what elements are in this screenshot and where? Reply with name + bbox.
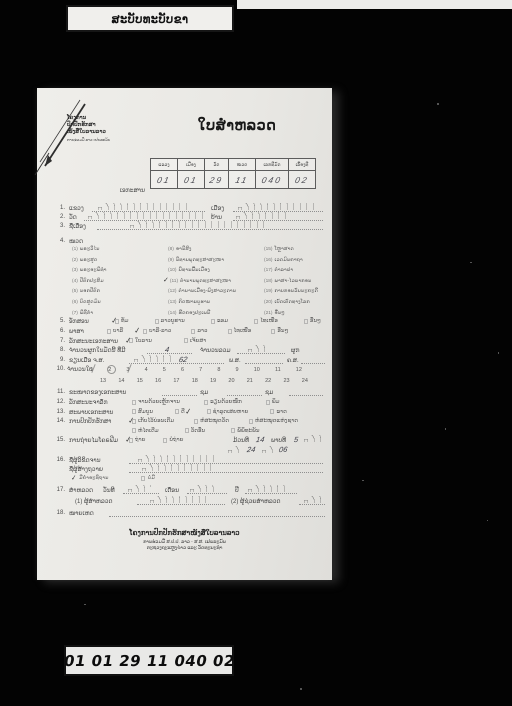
handwriting-scribble [227,446,243,453]
category-item: ✓ (11) ຕຳນານພຸດທະສາສະໜາ [163,278,236,285]
category-checkmark: ✓ [163,278,169,284]
checkbox-icon [204,400,208,405]
checkbox-icon [143,329,147,334]
dust-speck [498,352,499,354]
handwritten-code: 11 [227,171,257,188]
handwriting-scribble [137,455,219,462]
doc-table-column: ເລື່ອງທີ 02 [289,159,315,188]
category-item: (5) ນອກປິຕົກ [67,288,107,295]
leaf-number: 14 [118,378,124,384]
field-label-survey: ສຳຫລວດ [69,487,93,494]
checkbox-icon [132,409,136,414]
form-item-7: 7. ລັກສະນະເອກະສານ ໃບລານ ເຈ້ຍສາ ✓ [37,338,332,347]
option: ໄທເໜືອ [254,318,278,324]
checkbox-icon [132,428,136,433]
form-item-11: 11. ຂະໜາດຂອງເອກະສານ ຊມ ຊມ [37,389,332,398]
checkbox-icon [185,428,189,433]
checkbox-icon [184,338,188,343]
option: ສົມບູນ [132,409,153,415]
survey-date-label: ວັນທີ [103,487,115,494]
category-item: (16) ເວດມົນຄາຖາ [259,257,318,264]
checkbox-icon [270,409,274,414]
archive-label-text: ສະບັບທະບັບຂາ [112,12,189,26]
archive-label-box: ສະບັບທະບັບຂາ [66,5,234,32]
form-item-17-line2: (1) ຜູ້ສຳຫລວດ (2) ຜູ້ຊ່ວຍສຳຫລວດ [37,498,332,507]
option: ພິພິທະພັນ [231,428,259,434]
logo-line-4: ການຮ່ວມມື ລາວ ເຢຍລະມັນ [67,137,110,144]
category-item: (2) ພຣະສູດ [67,257,107,264]
form-item-13: 13. ສະພາບເອກະສານ ສົມບູນ ດີ [37,409,332,418]
form-item-14: 14. ການປົກປັກຮັກສາ ເກັບໄວ້ບ່ອນເດີມ ຫໍສະໝ… [37,418,332,427]
handwritten-frame-number: 5 [293,435,298,444]
option: ເກັບໄວ້ບ່ອນເດີມ [132,418,174,424]
category-item: (21) ອື່ນໆ [259,310,318,317]
leaf-number: 10 [254,367,260,373]
leaf-number: 5 [163,367,166,373]
handwritten-checkmark: ✓ [133,326,141,336]
footer-cooperation: ການຮ່ວມມື ສ.ປ.ປ. ລາວ - ສ.ສ. ເຢຍລະມັນ [37,540,332,545]
field-label-preservation: ການປົກປັກຮັກສາ [69,418,111,425]
category-item: (20) ເບັດເຕັດທາງໂລກ [259,299,318,306]
field-unit: ຜູກ [291,347,300,354]
category-item: (1) ພຣະວິໄນ [67,246,107,253]
leaf-number: 22 [265,378,271,384]
leaf-number: 16 [155,378,161,384]
checkbox-icon [107,329,111,334]
option: ດີ [175,409,185,415]
leaf-number: 7 [199,367,202,373]
category-item: (3) ພຣະອະພິທຳ [67,267,107,274]
field-label-inscription: ລັກສະນະຈາລຶກ [69,399,108,406]
document-code-text: 01 01 29 11 040 02 [62,652,236,670]
field-label-bs: ພ.ສ. [229,357,241,364]
dust-speck [362,480,364,481]
handwritten-day: 24 [246,444,256,453]
form-item-5: 5. ອັກສອນ ທັມ ລາວບູຮານ [37,318,332,327]
form-item-14-line2: ຫໍໄຕເດີມ ວັດອື່ນ ພິພິທະພັນ [37,428,332,437]
logo-text-block: ໂຄງການ ປົກປັກຮັກສາ ໜັງສືໃບລານລາວ ການຮ່ວມ… [67,115,110,144]
handwriting-scribble [303,435,323,442]
dust-speck [300,688,302,690]
leaf-number: 6 [181,367,184,373]
leaf-number: 20 [228,378,234,384]
preservation-options-1: ເກັບໄວ້ບ່ອນເດີມ ຫໍສະໝຸດວັດ ຫໍສະໝຸດແຫ່ງຊາ… [132,418,298,424]
option: ລາວ [191,328,207,334]
field-label-fascicles: ຈຳນວນຜູກໃນມັດນີ້ ທີ່ມີ [69,347,125,354]
form-item-18: 18. ໝາຍເຫດ [37,510,332,519]
leaf-number-row-2: 131415161718192021222324 [100,378,308,384]
field-label-sponsor: ຊື່ຜູ້ສ້າງຖວາຍ [69,466,103,473]
category-item: (12) ຕຳນານເມືອງ-ພົງສາວະດານ [163,288,236,295]
category-item: (7) ພິທີກຳ [67,310,107,317]
doc-code-table: ແຂວງ 01 ເມືອງ 01 ວັດ 29 ໝວດ 11 ເລກທີມັດ … [150,158,316,189]
handwriting-scribble [237,203,317,210]
checkbox-icon [194,419,198,424]
surveyor-1-label: (1) ຜູ້ສຳຫລວດ [75,498,113,505]
handwritten-month: 06 [278,444,288,453]
survey-sheet: ໂຄງການ ປົກປັກຮັກສາ ໜັງສືໃບລານລາວ ການຮ່ວມ… [37,88,332,580]
handwriting-scribble [235,212,290,219]
leaf-number: 18 [192,378,198,384]
microfilm-options: ຖ່າຍ ບໍ່ຖ່າຍ [129,437,183,443]
option: ລາວບູຮານ [155,318,185,324]
option: ຫໍໄຕເດີມ [132,428,159,434]
dust-speck [470,262,472,263]
handwriting-scribble [261,446,275,453]
handwritten-checkmark: ✓ [127,416,135,426]
script-options: ທັມ ລາວບູຮານ ຂອມ ໄທເໜືອ [115,318,321,324]
colophon-yes-label: ມີຄຳອະທິຖານ [79,475,109,481]
inscription-options: ຈານດ້ວຍເຫຼັກຈານ ຂຽນດ້ວຍໝຶກ ພິມ [132,399,280,405]
checkbox-icon [211,319,215,324]
handwriting-scribble [303,496,321,503]
leaf-number: 15 [137,378,143,384]
option: ບາລີ [107,328,123,334]
form-title: ໃບສໍາຫລວດ [155,118,319,134]
unit-cm-2: ຊມ [265,389,273,396]
option: ຫໍສະໝຸດວັດ [194,418,229,424]
field-label-temple: ວັດ [69,214,77,221]
colophon-no-label: ບໍ່ມີ [148,475,155,481]
handwritten-roll-number: 14 [255,435,265,444]
category-item: (9) ນິທານພຸດທະສາສະໜາ [163,257,236,264]
option: ບໍ່ຖ່າຍ [163,437,183,443]
field-label-language: ພາສາ [69,328,84,335]
option: ບາລີ-ລາວ [143,328,171,334]
form-item-16-line3: ✓ ມີຄຳອະທິຖານ ບໍ່ມີ [37,475,332,484]
checkbox-icon [207,409,211,414]
leaf-number: 13 [100,378,106,384]
dust-speck [437,103,439,105]
option: ຂຽນດ້ວຍໝຶກ [204,399,242,405]
handwritten-code: 040 [254,171,290,188]
handwritten-code: 01 [149,171,179,188]
checkbox-icon [304,319,308,324]
dust-speck [84,604,86,605]
handwritten-checkmark: ✓ [184,406,192,416]
option: ໃບລານ [129,338,152,344]
checkbox-icon [231,428,235,433]
handwritten-code: 29 [203,171,230,188]
form-item-9: 9. ຂຽນເມື່ອ ຈ.ສ. 62 ພ.ສ. ຄ.ສ. [37,357,332,366]
logo-line-1: ໂຄງການ [67,115,110,122]
survey-month-label: ເດືອນ [165,487,179,494]
doc-table-column: ເລກທີມັດ 040 [256,159,289,188]
handwritten-checkmark: ✓ [124,435,132,445]
category-item: (15) ໂຫຼາສາດ [259,246,318,253]
category-item: (17) ຕຳລາຢາ [259,267,318,274]
option: ພິມ [266,399,280,405]
category-item: (18) ພາສາ-ໄວຍາກອນ [259,278,318,285]
field-label-province: ແຂວງ [69,205,84,212]
category-item: (10) ນິທານພື້ນເມືອງ [163,267,236,274]
field-label-category: ໝວດ [69,238,83,245]
leaf-number: 9 [236,367,239,373]
doc-table-column: ໝວດ 11 [229,159,256,188]
leaf-number: 24 [302,378,308,384]
checkbox-icon [191,329,195,334]
checkbox-icon [175,409,179,414]
category-item: (19) ກາບກອນວັນນະຄະດີ [259,288,318,295]
frame-label: ພາບທີ [271,437,286,444]
leaf-number: 8 [217,367,220,373]
category-item: (14) ຮີດຄອງປະເພນີ [163,310,236,317]
leaf-number: 19 [210,378,216,384]
leaf-number: 11 [275,367,281,373]
handwritten-year: 62 [178,355,188,364]
field-label-remarks: ໝາຍເຫດ [69,510,94,517]
leaf-number: 12 [296,367,302,373]
checkbox-icon [249,419,253,424]
doc-table-column: ແຂວງ 01 [151,159,178,188]
checkbox-icon [254,319,258,324]
category-item: (13) ກົດໝາຍບູຮານ [163,299,236,306]
handwritten-checkmark: ✓ [124,335,132,345]
option: ໄທເໜືອ [228,328,252,334]
checkbox-icon [132,400,136,405]
leaf-number: 23 [283,378,289,384]
logo-line-3: ໜັງສືໃບລານລາວ [67,129,110,136]
option: ຊຳລຸດເສຍຫາຍ [207,409,249,415]
survey-year-label: ປີ [235,487,239,494]
option: ຫໍສະໝຸດແຫ່ງຊາດ [249,418,298,424]
checkbox-icon [271,329,275,334]
category-item: (8) ອານິສົງ [163,246,236,253]
option: ຂາດ [270,409,287,415]
category-column-3: (15) ໂຫຼາສາດ (16) ເວດມົນຄາຖາ (17) ຕຳລາຢາ [259,246,318,317]
option: ຂອມ [211,318,228,324]
handwriting-scribble [133,355,171,362]
category-item: (4) ປິຕົກປະສົມ [67,278,107,285]
microfilm-frame: ສະບັບທະບັບຂາ ໂຄງການ ປົກປັກຮັກສາ ໜັງສືໃບລ… [0,0,512,706]
option: ເຈ້ຍສາ [184,338,206,344]
field-label-text-title: ຊື່ເລື່ອງ [69,223,86,230]
field-label-condition: ສະພາບເອກະສານ [69,409,113,416]
handwriting-scribble [97,203,192,210]
checkbox-icon [228,329,232,334]
option: ຈານດ້ວຍເຫຼັກຈານ [132,399,180,405]
leaf-number: 17 [173,378,179,384]
handwritten-checkmark: ✓ [110,316,118,326]
handwritten-code: 01 [176,171,206,188]
roll-label: ມ້ວນທີ [233,437,249,444]
form-item-17: 17. ສຳຫລວດ ວັນທີ ເດືອນ ປີ [37,487,332,496]
category-item: (6) ບົດສູດມົນ [67,299,107,306]
field-label-microfilm: ການຖ່າຍໄມໂຄຣຟີມ [69,437,118,444]
dust-speck [445,428,446,430]
handwriting-scribble [247,345,269,352]
form-item-16-line2: ຊື່ຜູ້ສ້າງຖວາຍ [37,466,332,475]
logo-line-2: ປົກປັກຮັກສາ [67,122,110,129]
field-label-script: ອັກສອນ [69,318,89,325]
field-label-leaves: ຈຳນວນໃບ [67,366,93,373]
handwritten-code: 02 [287,171,317,188]
doc-table-column: ວັດ 29 [205,159,229,188]
leaf-number: 21 [247,378,253,384]
field-label-district: ເມືອງ [211,205,224,212]
field-label-village: ບ້ານ [211,214,222,221]
leaf-number-row-1: 123456789101112 [90,367,302,373]
checkbox-icon [266,400,270,405]
handwriting-scribble [129,221,269,228]
checkbox-icon [163,438,167,443]
handwriting-scribble [141,464,211,471]
field-label-scribe: ຊື່ຜູ້ລິຂິດຈານ [69,457,101,464]
preservation-options-2: ຫໍໄຕເດີມ ວັດອື່ນ ພິພິທະພັນ [132,428,260,434]
option: ອື່ນໆ [271,328,288,334]
form-item-6: 6. ພາສາ ບາລີ ບາລີ-ລາວ ລ [37,328,332,337]
form-footer: ໂຄງການປົກປັກຮັກສາໜັງສືໃບລານລາວ ການຮ່ວມມື… [37,529,332,551]
material-options: ໃບລານ ເຈ້ຍສາ [129,338,206,344]
category-column-1: (1) ພຣະວິໄນ (2) ພຣະສູດ (3) ພຣະອະພິທຳ [67,246,107,317]
option: ວັດອື່ນ [185,428,206,434]
footer-ministry: ກະຊວງຖະແຫຼງຂ່າວ ແລະ ວັດທະນະທຳ [37,546,332,551]
doc-table-label: ເອກະສານ [95,187,145,194]
handwritten-checkmark: ✓ [70,474,77,483]
handwriting-scribble [149,496,207,503]
field-label-material: ລັກສະນະເອກະສານ [69,338,118,345]
checkbox-icon [155,319,159,324]
field-label-size: ຂະໜາດຂອງເອກະສານ [69,389,126,396]
document-code-box: 01 01 29 11 040 02 [64,645,234,676]
doc-table-column: ເມືອງ 01 [178,159,205,188]
field-label-total: ຈຳນວນລວມ [200,347,231,354]
condition-options: ສົມບູນ ດີ ຊຳລຸດເສຍຫາຍ ຂາດ [132,409,287,415]
film-edge-strip [237,0,512,9]
handwriting-scribble [87,212,205,219]
field-label-written-cs: ຂຽນເມື່ອ ຈ.ສ. [69,357,104,364]
footer-programme-name: ໂຄງການປົກປັກຮັກສາໜັງສືໃບລານລາວ [37,529,332,537]
category-column-2: (8) ອານິສົງ (9) ນິທານພຸດທະສາສະໜາ (10) ນິ… [163,246,236,317]
dust-speck [487,520,488,521]
unit-cm-1: ຊມ [200,389,208,396]
field-label-ad: ຄ.ສ. [287,357,299,364]
checkbox-icon [141,476,145,481]
surveyor-2-label: (2) ຜູ້ຊ່ວຍສຳຫລວດ [231,498,281,505]
form-item-3: 3. ຊື່ເລື່ອງ [37,223,332,232]
leaf-number: 4 [145,367,148,373]
option: ອື່ນໆ [304,318,321,324]
